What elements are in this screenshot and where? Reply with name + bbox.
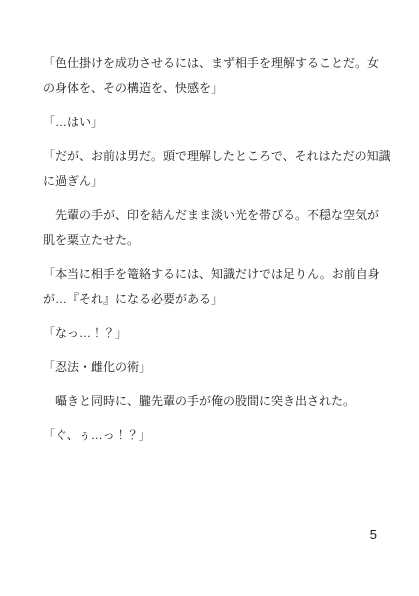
text-line: 先輩の手が、印を結んだまま淡い光を帯びる。不穏な空気が [43,203,388,228]
paragraph: 「だが、お前は男だ。頭で理解したところで、それはただの知識に過ぎん」 [43,144,388,194]
paragraph: 「なっ…！？」 [43,321,388,346]
text-line: が…『それ』になる必要がある」 [43,287,388,312]
text-line: 「…はい」 [43,110,388,135]
text-line: 「忍法・雌化の術」 [43,355,388,380]
paragraph: 囁きと同時に、朧先輩の手が俺の股間に突き出された。 [43,389,388,414]
paragraph: 「ぐ、ぅ…っ！？」 [43,423,388,448]
text-body: 「色仕掛けを成功させるには、まず相手を理解することだ。女の身体を、その構造を、快… [43,51,388,457]
text-line: 肌を粟立たせた。 [43,228,388,253]
text-line: の身体を、その構造を、快感を」 [43,76,388,101]
text-line: 「だが、お前は男だ。頭で理解したところで、それはただの知識 [43,144,388,169]
text-line: 「色仕掛けを成功させるには、まず相手を理解することだ。女 [43,51,388,76]
text-line: 「ぐ、ぅ…っ！？」 [43,423,388,448]
paragraph: 「本当に相手を篭絡するには、知識だけでは足りん。お前自身が…『それ』になる必要が… [43,262,388,312]
paragraph: 「忍法・雌化の術」 [43,355,388,380]
paragraph: 「…はい」 [43,110,388,135]
page-number: 5 [370,522,377,547]
paragraph: 先輩の手が、印を結んだまま淡い光を帯びる。不穏な空気が肌を粟立たせた。 [43,203,388,253]
paragraph: 「色仕掛けを成功させるには、まず相手を理解することだ。女の身体を、その構造を、快… [43,51,388,101]
text-line: に過ぎん」 [43,169,388,194]
text-line: 「なっ…！？」 [43,321,388,346]
document-page: 「色仕掛けを成功させるには、まず相手を理解することだ。女の身体を、その構造を、快… [0,0,419,596]
text-line: 「本当に相手を篭絡するには、知識だけでは足りん。お前自身 [43,262,388,287]
text-line: 囁きと同時に、朧先輩の手が俺の股間に突き出された。 [43,389,388,414]
